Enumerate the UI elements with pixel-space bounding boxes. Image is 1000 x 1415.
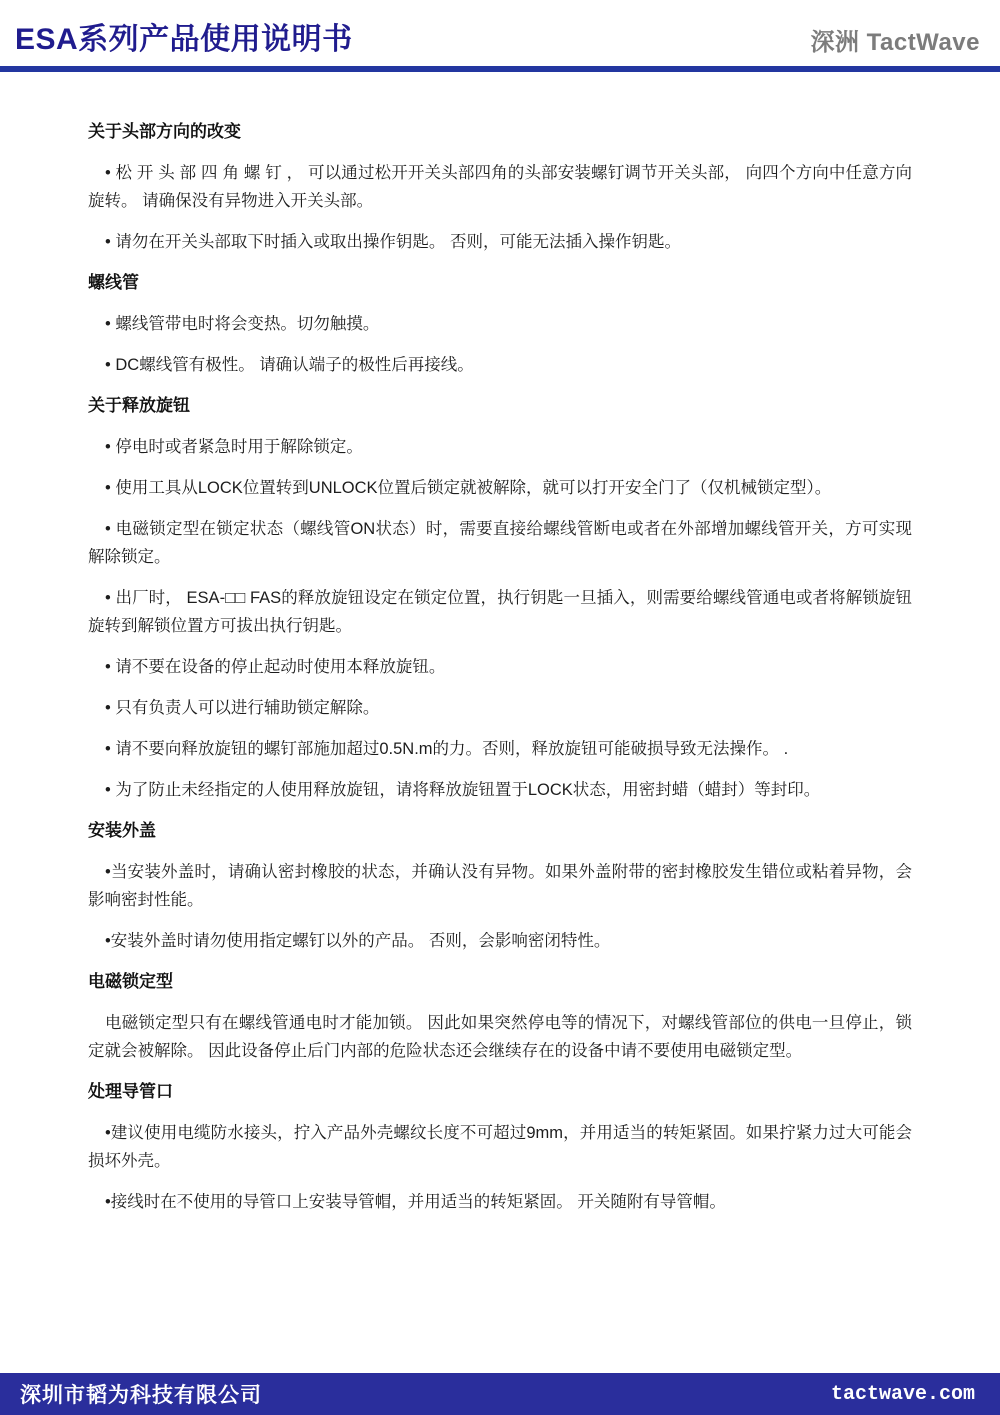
footer-company-name: 深圳市韬为科技有限公司 xyxy=(20,1379,262,1409)
page-footer: 深圳市韬为科技有限公司 tactwave.com xyxy=(0,1373,1000,1415)
bullet-item: • 请不要向释放旋钮的螺钉部施加超过0.5N.m的力。否则，释放旋钮可能破损导致… xyxy=(88,735,912,763)
page-header: ESA系列产品使用说明书 深洲 TactWave xyxy=(0,0,1000,66)
bullet-item: • 为了防止未经指定的人使用释放旋钮，请将释放旋钮置于LOCK状态，用密封蜡（蜡… xyxy=(88,776,912,804)
heading-solenoid: 螺线管 xyxy=(88,269,912,297)
section-solenoid: 螺线管 • 螺线管带电时将会变热。切勿触摸。 • DC螺线管有极性。 请确认端子… xyxy=(88,269,912,379)
bullet-item: • 电磁锁定型在锁定状态（螺线管ON状态）时，需要直接给螺线管断电或者在外部增加… xyxy=(88,515,912,571)
bullet-item: •当安装外盖时，请确认密封橡胶的状态，并确认没有异物。如果外盖附带的密封橡胶发生… xyxy=(88,858,912,914)
bullet-item: • 出厂时， ESA-□□ FAS的释放旋钮设定在锁定位置，执行钥匙一旦插入，则… xyxy=(88,584,912,640)
section-conduit-port: 处理导管口 •建议使用电缆防水接头，拧入产品外壳螺纹长度不可超过9mm，并用适当… xyxy=(88,1078,912,1216)
paragraph: 电磁锁定型只有在螺线管通电时才能加锁。 因此如果突然停电等的情况下，对螺线管部位… xyxy=(88,1009,912,1065)
brand-logo: 深洲 TactWave xyxy=(810,29,980,57)
bullet-item: • 使用工具从LOCK位置转到UNLOCK位置后锁定就被解除，就可以打开安全门了… xyxy=(88,474,912,502)
section-outer-cover: 安装外盖 •当安装外盖时，请确认密封橡胶的状态，并确认没有异物。如果外盖附带的密… xyxy=(88,817,912,955)
document-page: ESA系列产品使用说明书 深洲 TactWave 关于头部方向的改变 • 松 开… xyxy=(0,0,1000,1415)
bullet-item: •安装外盖时请勿使用指定螺钉以外的产品。 否则，会影响密闭特性。 xyxy=(88,927,912,955)
page-title: ESA系列产品使用说明书 xyxy=(15,23,353,57)
bullet-item: • 请勿在开关头部取下时插入或取出操作钥匙。 否则，可能无法插入操作钥匙。 xyxy=(88,228,912,256)
heading-outer-cover: 安装外盖 xyxy=(88,817,912,845)
footer-website-link[interactable]: tactwave.com xyxy=(831,1383,975,1406)
section-head-direction: 关于头部方向的改变 • 松 开 头 部 四 角 螺 钉 ， 可以通过松开开关头部… xyxy=(88,118,912,256)
heading-release-knob: 关于释放旋钮 xyxy=(88,392,912,420)
section-electromagnetic-lock: 电磁锁定型 电磁锁定型只有在螺线管通电时才能加锁。 因此如果突然停电等的情况下，… xyxy=(88,968,912,1065)
bullet-item: • 螺线管带电时将会变热。切勿触摸。 xyxy=(88,310,912,338)
bullet-item: • 停电时或者紧急时用于解除锁定。 xyxy=(88,433,912,461)
bullet-item: • 只有负责人可以进行辅助锁定解除。 xyxy=(88,694,912,722)
bullet-item: • DC螺线管有极性。 请确认端子的极性后再接线。 xyxy=(88,351,912,379)
bullet-item: •接线时在不使用的导管口上安装导管帽，并用适当的转矩紧固。 开关随附有导管帽。 xyxy=(88,1188,912,1216)
document-body: 关于头部方向的改变 • 松 开 头 部 四 角 螺 钉 ， 可以通过松开开关头部… xyxy=(0,72,1000,1216)
heading-electromagnetic-lock: 电磁锁定型 xyxy=(88,968,912,996)
bullet-item: • 松 开 头 部 四 角 螺 钉 ， 可以通过松开开关头部四角的头部安装螺钉调… xyxy=(88,159,912,215)
section-release-knob: 关于释放旋钮 • 停电时或者紧急时用于解除锁定。 • 使用工具从LOCK位置转到… xyxy=(88,392,912,804)
bullet-item: • 请不要在设备的停止起动时使用本释放旋钮。 xyxy=(88,653,912,681)
heading-head-direction: 关于头部方向的改变 xyxy=(88,118,912,146)
heading-conduit-port: 处理导管口 xyxy=(88,1078,912,1106)
bullet-item: •建议使用电缆防水接头，拧入产品外壳螺纹长度不可超过9mm，并用适当的转矩紧固。… xyxy=(88,1119,912,1175)
